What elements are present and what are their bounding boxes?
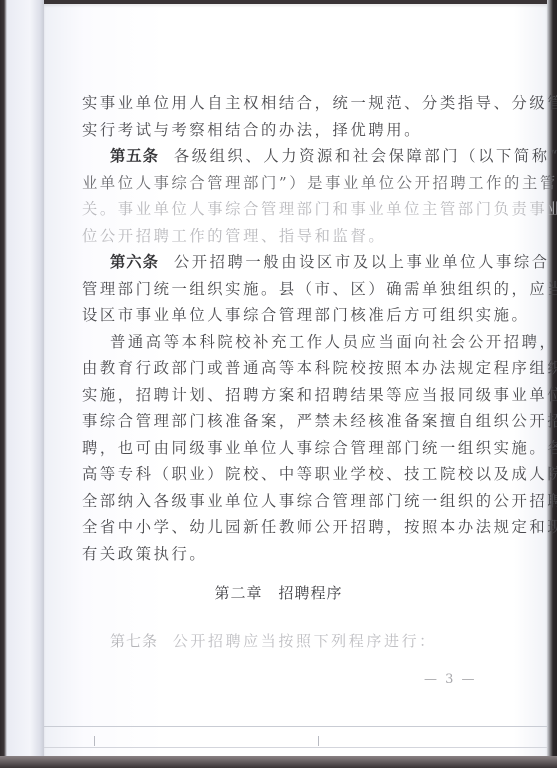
text-line: 设区市事业单位人事综合管理部门核准后方可组织实施。 [82,302,502,329]
text-line: 实事业单位用人自主权相结合，统一规范、分类指导、分级管理； [82,90,502,117]
article-text: 公开招聘一般由设区市及以上事业单位人事综合 [174,253,550,271]
divider [44,747,547,748]
text-line: 高等专科（职业）院校、中等职业学校、技工院校以及成人院校 [82,461,502,488]
page-number: — 3 — [424,672,477,687]
text-line: 实施，招聘计划、招聘方案和招聘结果等应当报同级事业单位人 [82,382,502,409]
article-7: 第七条 公开招聘应当按照下列程序进行： [110,630,437,651]
text-line: 全部纳入各级事业单位人事综合管理部门统一组织的公开招聘。 [82,488,502,515]
bottom-shadow [0,756,557,768]
page-edge-shadow [547,0,557,768]
text-line: 由教育行政部门或普通高等本科院校按照本办法规定程序组织 [82,355,502,382]
book-spine [0,0,44,768]
divider-tick [318,736,319,746]
article-text: 公开招聘应当按照下列程序进行： [173,632,437,650]
text-line: 管理部门统一组织实施。县（市、区）确需单独组织的，应当经 [82,276,502,303]
article-5: 第五条 各级组织、人力资源和社会保障部门（以下简称“事 [82,143,502,170]
text-line: 业单位人事综合管理部门”）是事业单位公开招聘工作的主管机 [82,170,502,197]
body-text: 实事业单位用人自主权相结合，统一规范、分类指导、分级管理； 实行考试与考察相结合… [82,90,502,567]
text-line: 普通高等本科院校补充工作人员应当面向社会公开招聘，可 [82,329,502,356]
chapter-heading: 第二章招聘程序 [0,582,557,603]
chapter-number: 第二章 [214,584,262,602]
text-line: 有关政策执行。 [82,541,502,568]
chapter-title: 招聘程序 [279,584,343,602]
text-line: 实行考试与考察相结合的办法，择优聘用。 [82,117,502,144]
text-line: 全省中小学、幼儿园新任教师公开招聘，按照本办法规定和现行 [82,514,502,541]
article-label: 第六条 [110,253,159,271]
article-6: 第六条 公开招聘一般由设区市及以上事业单位人事综合 [82,249,502,276]
article-text: 各级组织、人力资源和社会保障部门（以下简称“事 [174,147,557,165]
text-line-faded: 位公开招聘工作的管理、指导和监督。 [82,223,502,250]
text-line-faded: 关。事业单位人事综合管理部门和事业单位主管部门负责事业单 [82,196,502,223]
text-line: 聘，也可由同级事业单位人事综合管理部门统一组织实施。各类 [82,435,502,462]
divider-tick [94,736,95,746]
divider [44,726,547,727]
article-label: 第五条 [110,147,159,165]
article-label: 第七条 [110,632,158,650]
text-line: 事综合管理部门核准备案，严禁未经核准备案擅自组织公开招 [82,408,502,435]
